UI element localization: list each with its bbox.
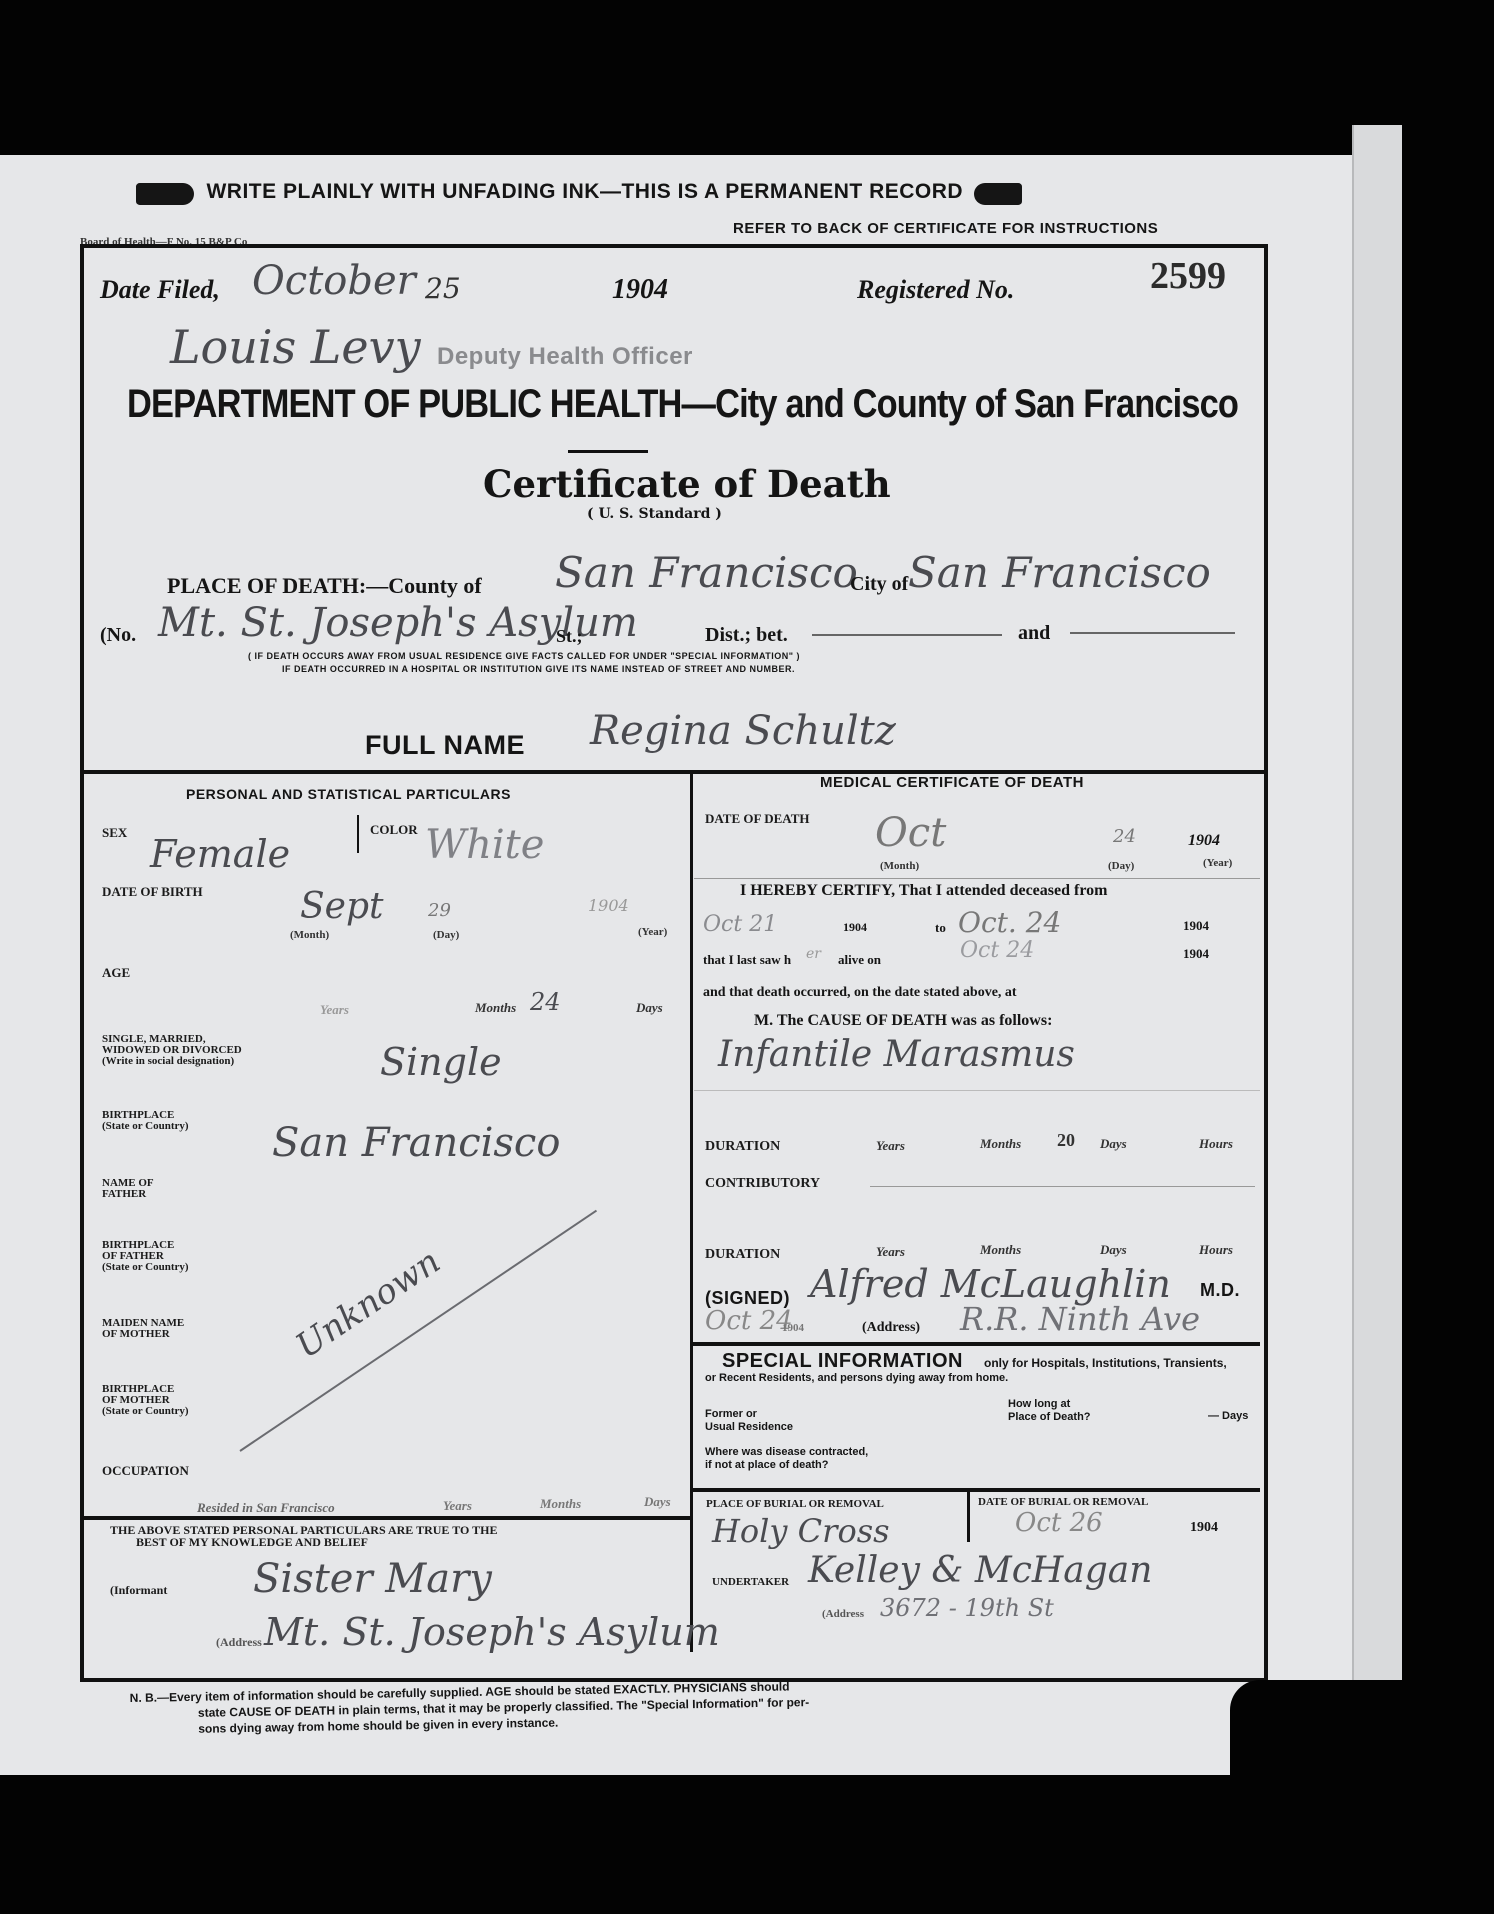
burial-date-value: Oct 26 <box>1015 1508 1103 1538</box>
certificate-standard: ( U. S. Standard ) <box>587 506 722 522</box>
color-value: White <box>425 822 544 868</box>
mother-birthplace-label: BIRTHPLACE OF MOTHER (State or Country) <box>102 1384 189 1417</box>
dob-year: 1904 <box>588 896 629 915</box>
age-days-value: 24 <box>530 988 561 1016</box>
special-divider <box>692 1342 1260 1346</box>
duration-2-hours-label: Hours <box>1199 1242 1233 1258</box>
dob-day: 29 <box>428 900 451 921</box>
age-years-label: Years <box>320 1002 349 1018</box>
attended-from: Oct 21 <box>703 912 777 937</box>
place-of-death-label: PLACE OF DEATH:—County of <box>167 573 482 599</box>
date-filed-label: Date Filed, <box>100 275 220 305</box>
and-label: and <box>1018 622 1050 645</box>
dod-year-caption: (Year) <box>1203 857 1232 869</box>
medical-heading: MEDICAL CERTIFICATE OF DEATH <box>820 774 1084 791</box>
dod-year: 1904 <box>1188 832 1220 850</box>
duration-label: DURATION <box>705 1140 780 1153</box>
section-divider <box>80 770 1264 774</box>
duration-days-value: 20 <box>1057 1130 1075 1151</box>
dist-line <box>812 634 1002 636</box>
scan-shadow <box>1230 1680 1410 1790</box>
alive-on-label: alive on <box>838 952 881 968</box>
special-note-1: only for Hospitals, Institutions, Transi… <box>984 1356 1227 1370</box>
undertaker-address-label: (Address <box>822 1608 864 1621</box>
personal-heading: PERSONAL AND STATISTICAL PARTICULARS <box>186 786 511 802</box>
informant-value: Sister Mary <box>253 1556 492 1602</box>
department-title: DEPARTMENT OF PUBLIC HEALTH—City and Cou… <box>127 382 1238 427</box>
burial-place-label: PLACE OF BURIAL OR REMOVAL <box>706 1498 884 1511</box>
duration-years-label: Years <box>876 1138 905 1154</box>
age-days-label: Days <box>636 1000 663 1016</box>
dob-month: Sept <box>300 886 383 927</box>
father-birthplace-label: BIRTHPLACE OF FATHER (State or Country) <box>102 1240 189 1273</box>
informant-label: (Informant <box>110 1584 167 1597</box>
undertaker-address-value: 3672 - 19th St <box>880 1594 1054 1622</box>
place-note-2: IF DEATH OCCURRED IN A HOSPITAL OR INSTI… <box>282 664 795 674</box>
last-saw-pronoun: er <box>806 946 821 962</box>
paper-edge <box>1352 125 1402 1710</box>
birthplace-label: BIRTHPLACE (State or Country) <box>102 1110 189 1132</box>
age-label: AGE <box>102 966 130 979</box>
officer-signature: Louis Levy <box>170 320 421 374</box>
no-label: (No. <box>100 624 136 647</box>
undertaker-label: UNDERTAKER <box>712 1576 789 1589</box>
dod-label: DATE OF DEATH <box>705 812 810 825</box>
dod-month-caption: (Month) <box>880 860 919 872</box>
refer-instructions: REFER TO BACK OF CERTIFICATE FOR INSTRUC… <box>733 220 1158 237</box>
st-label: St.; <box>556 626 583 647</box>
signed-year: 1904 <box>782 1322 804 1334</box>
sex-value: Female <box>150 832 290 876</box>
dod-month: Oct <box>875 810 946 856</box>
dob-year-caption: (Year) <box>638 926 667 938</box>
sex-label: SEX <box>102 826 127 839</box>
certify-text: I HEREBY CERTIFY, That I attended deceas… <box>740 882 1107 900</box>
marital-label: SINGLE, MARRIED, WIDOWED OR DIVORCED (Wr… <box>102 1034 242 1067</box>
contributory-line <box>870 1186 1255 1187</box>
occupation-label: OCCUPATION <box>102 1464 189 1477</box>
burial-divider <box>692 1488 1260 1492</box>
duration-2-days-label: Days <box>1100 1242 1127 1258</box>
contributory-label: CONTRIBUTORY <box>705 1177 820 1190</box>
dob-day-caption: (Day) <box>433 929 459 941</box>
sex-color-separator <box>357 815 359 853</box>
informant-address-value: Mt. St. Joseph's Asylum <box>264 1610 720 1654</box>
special-heading: SPECIAL INFORMATION <box>722 1350 963 1373</box>
duration-days-label: Days <box>1100 1136 1127 1152</box>
last-saw-label: that I last saw h <box>703 952 791 968</box>
cause-rule <box>694 1090 1260 1091</box>
column-divider <box>690 772 693 1652</box>
attestation: THE ABOVE STATED PERSONAL PARTICULARS AR… <box>110 1524 497 1548</box>
pointing-hand-icon <box>136 183 194 205</box>
occurred-label: and that death occurred, on the date sta… <box>703 985 1017 1001</box>
marital-value: Single <box>380 1040 502 1084</box>
city-value: San Francisco <box>908 548 1211 597</box>
and-line <box>1070 632 1235 634</box>
resided-years: Years <box>443 1498 472 1514</box>
how-long-label: How long at Place of Death? <box>1008 1398 1091 1424</box>
pointing-hand-icon <box>974 183 1022 205</box>
contracted-label: Where was disease contracted, if not at … <box>705 1446 868 1472</box>
date-filed-day: 25 <box>425 272 461 305</box>
informant-divider <box>84 1516 690 1520</box>
officer-title: Deputy Health Officer <box>437 343 693 371</box>
to-label: to <box>935 920 946 936</box>
city-label: City of <box>850 573 908 596</box>
dod-day-caption: (Day) <box>1108 860 1134 872</box>
physician-address: R.R. Ninth Ave <box>960 1300 1200 1338</box>
resided-months: Months <box>540 1496 581 1512</box>
how-long-days: — Days <box>1208 1410 1248 1422</box>
attended-from-year: 1904 <box>843 920 867 935</box>
burial-year: 1904 <box>1190 1520 1218 1536</box>
title-rule <box>568 450 648 453</box>
county-value: San Francisco <box>555 548 858 597</box>
full-name-label: FULL NAME <box>365 730 525 761</box>
full-name-value: Regina Schultz <box>590 708 896 754</box>
cause-value: Infantile Marasmus <box>718 1034 1075 1075</box>
form-border <box>80 244 1268 1682</box>
resided-label: Resided in San Francisco <box>197 1500 335 1516</box>
special-note-2: or Recent Residents, and persons dying a… <box>705 1372 1008 1384</box>
dob-month-caption: (Month) <box>290 929 329 941</box>
mother-name-label: MAIDEN NAME OF MOTHER <box>102 1318 184 1340</box>
former-residence-label: Former or Usual Residence <box>705 1408 793 1434</box>
burial-place-value: Holy Cross <box>712 1512 890 1550</box>
attended-to: Oct. 24 <box>958 906 1061 939</box>
md-label: M.D. <box>1200 1280 1240 1301</box>
duration-months-label: Months <box>980 1136 1021 1152</box>
dod-day: 24 <box>1113 826 1136 847</box>
last-saw-date: Oct 24 <box>960 938 1034 963</box>
physician-address-label: (Address) <box>862 1320 920 1336</box>
duration-hours-label: Hours <box>1199 1136 1233 1152</box>
duration-2-years-label: Years <box>876 1244 905 1260</box>
dob-label: DATE OF BIRTH <box>102 885 203 898</box>
banner: WRITE PLAINLY WITH UNFADING INK—THIS IS … <box>136 180 1022 205</box>
duration-2-months-label: Months <box>980 1242 1021 1258</box>
signed-date: Oct 24 <box>705 1306 793 1336</box>
dist-label: Dist.; bet. <box>705 624 788 647</box>
registered-number: 2599 <box>1150 254 1226 298</box>
registered-label: Registered No. <box>857 275 1014 305</box>
undertaker-value: Kelley & McHagan <box>808 1550 1152 1591</box>
last-saw-year: 1904 <box>1183 946 1209 962</box>
burial-column-divider <box>967 1490 970 1542</box>
date-filed-month: October <box>252 258 416 304</box>
date-filed-year: 1904 <box>612 274 668 306</box>
place-note-1: ( IF DEATH OCCURS AWAY FROM USUAL RESIDE… <box>248 651 800 661</box>
cause-label: M. The CAUSE OF DEATH was as follows: <box>754 1012 1052 1030</box>
certificate-title: Certificate of Death <box>483 462 891 506</box>
dod-rule <box>694 878 1260 879</box>
attended-to-year: 1904 <box>1183 918 1209 934</box>
father-name-label: NAME OF FATHER <box>102 1178 154 1200</box>
color-label: COLOR <box>370 823 418 836</box>
age-months-label: Months <box>475 1000 516 1016</box>
resided-days: Days <box>644 1494 671 1510</box>
duration-2-label: DURATION <box>705 1248 780 1261</box>
informant-address-label: (Address <box>216 1636 262 1649</box>
birthplace-value: San Francisco <box>272 1120 560 1166</box>
